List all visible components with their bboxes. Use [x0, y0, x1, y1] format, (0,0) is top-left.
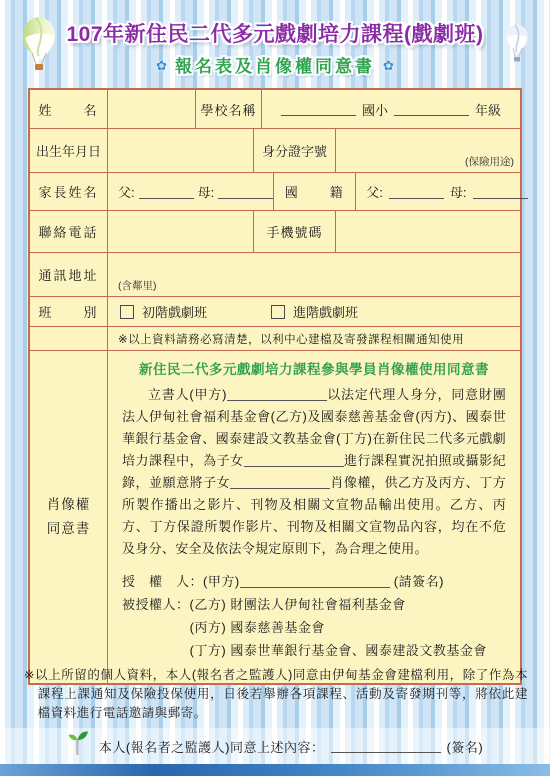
father-nationality-blank[interactable] [389, 185, 444, 199]
father-prefix: 父: [118, 182, 135, 201]
authorized-party-b-line: 被授權人：(乙方) 財團法人伊甸社會福利基金會 [122, 593, 506, 616]
mother-prefix: 母: [450, 182, 467, 201]
guardian-signature-blank[interactable] [331, 739, 441, 753]
id-number-label: 身分證字號 [253, 129, 335, 172]
address-note: (含鄰里) [118, 278, 157, 293]
fill-clearly-note: ※以上資料請務必寫清楚，以利中心建檔及寄發課程相關通知使用 [107, 327, 520, 350]
school-suffix: 國小 [362, 100, 388, 119]
phone-label: 聯絡電話 [30, 211, 107, 252]
row-birth-id: 出生年月日 身分證字號 (保險用途) [30, 128, 520, 172]
row-parent-nationality: 家長姓名 父: 母: 國 籍 父: 母: [30, 172, 520, 210]
flower-icon: ✿ [375, 58, 402, 73]
mother-nationality-blank[interactable] [473, 185, 528, 199]
phone-input-cell[interactable] [107, 211, 253, 252]
consent-title: 新住民二代多元戲劇培力課程參與學員肖像權使用同意書 [122, 360, 506, 380]
authorized-label: 被授權人： [122, 597, 190, 612]
parent-name-cell: 父: 母: [107, 173, 273, 210]
nationality-label: 國 籍 [273, 173, 355, 210]
authorized-party-d-line: (丁方) 國泰世華銀行基金會、國泰建設文教基金會 [122, 639, 506, 662]
row-note: ※以上資料請務必寫清楚，以利中心建檔及寄發課程相關通知使用 [30, 326, 520, 350]
mobile-label: 手機號碼 [253, 211, 335, 252]
birthdate-label: 出生年月日 [30, 129, 107, 172]
insurance-note: (保險用途) [465, 154, 514, 169]
consent-signature-block: 授 權 人：(甲方) (請簽名) 被授權人：(乙方) 財團法人伊甸社會福利基金會… [122, 570, 506, 662]
agreement-text: 本人(報名者之監護人)同意上述內容： [99, 737, 325, 756]
school-name-label: 學校名稱 [195, 90, 261, 128]
class-type-cell: 初階戲劇班 進階戲劇班 [107, 297, 520, 326]
authorizer-line: 授 權 人：(甲方) (請簽名) [122, 570, 506, 593]
advanced-class-label: 進階戲劇班 [293, 302, 358, 321]
grade-blank[interactable] [394, 102, 469, 116]
address-input-cell[interactable]: (含鄰里) [107, 253, 520, 296]
consent-row-label-line1: 肖像權 [47, 493, 91, 517]
consent-text-seg1: 立書人(甲方) [148, 387, 227, 402]
grade-suffix: 年級 [475, 100, 501, 119]
class-type-label: 班 別 [30, 297, 107, 326]
beginner-class-checkbox[interactable] [120, 305, 134, 319]
registration-form-table: 姓 名 學校名稱 國小 年級 出生年月日 身分證字號 (保險用途) 家長姓名 父… [28, 88, 522, 685]
row-name-school: 姓 名 學校名稱 國小 年級 [30, 90, 520, 128]
hot-air-balloon-icon [18, 16, 62, 81]
row-class-type: 班 別 初階戲劇班 進階戲劇班 [30, 296, 520, 326]
child-name-blank-1[interactable] [244, 453, 344, 467]
signature-suffix: (簽名) [447, 737, 484, 756]
party-b: (乙方) 財團法人伊甸社會福利基金會 [190, 597, 406, 612]
empty-label-cell [30, 327, 107, 350]
page-subtitle-row: ✿報名表及肖像權同意書✿ [0, 54, 550, 80]
father-prefix: 父: [366, 182, 383, 201]
authorizer-label: 授 權 人：(甲方) [122, 574, 240, 589]
hot-air-balloon-icon [502, 24, 532, 73]
birthdate-input-cell[interactable] [107, 129, 253, 172]
consent-row-label: 肖像權 同意書 [30, 351, 107, 683]
authorizer-signature-blank[interactable] [240, 574, 390, 588]
privacy-note: ※以上所留的個人資料，本人(報名者之監護人)同意由伊甸基金會建檔利用，除了作為本… [24, 666, 528, 723]
bottom-gradient-bar [0, 764, 550, 776]
address-label: 通訊地址 [30, 253, 107, 296]
page-header: 107年新住民二代多元戲劇培力課程(戲劇班) ✿報名表及肖像權同意書✿ [0, 0, 550, 80]
name-input-cell[interactable] [107, 90, 195, 128]
consent-row-label-line2: 同意書 [47, 517, 91, 541]
flower-icon: ✿ [148, 58, 175, 73]
mother-name-blank[interactable] [218, 185, 273, 199]
authorized-party-c-line: (丙方) 國泰慈善基金會 [122, 616, 506, 639]
child-name-blank-2[interactable] [230, 475, 330, 489]
principal-name-blank[interactable] [227, 387, 327, 401]
school-name-blank[interactable] [281, 102, 356, 116]
parent-name-label: 家長姓名 [30, 173, 107, 210]
father-name-blank[interactable] [139, 185, 194, 199]
row-address: 通訊地址 (含鄰里) [30, 252, 520, 296]
consent-content-cell: 新住民二代多元戲劇培力課程參與學員肖像權使用同意書 立書人(甲方)以法定代理人身… [107, 351, 520, 683]
sprout-icon [67, 728, 89, 759]
name-label: 姓 名 [30, 90, 107, 128]
school-input-cell: 國小 年級 [261, 90, 520, 128]
advanced-class-checkbox[interactable] [271, 305, 285, 319]
row-consent: 肖像權 同意書 新住民二代多元戲劇培力課程參與學員肖像權使用同意書 立書人(甲方… [30, 350, 520, 683]
beginner-class-label: 初階戲劇班 [142, 302, 207, 321]
row-phone-mobile: 聯絡電話 手機號碼 [30, 210, 520, 252]
page-subtitle: 報名表及肖像權同意書 [175, 57, 375, 76]
nationality-cell: 父: 母: [355, 173, 527, 210]
page-title: 107年新住民二代多元戲劇培力課程(戲劇班) [20, 20, 529, 50]
mother-prefix: 母: [198, 182, 215, 201]
consent-paragraph: 立書人(甲方)以法定代理人身分，同意財團法人伊甸社會福利基金會(乙方)及國泰慈善… [122, 384, 506, 560]
please-sign-note: (請簽名) [394, 574, 444, 589]
mobile-input-cell[interactable] [335, 211, 520, 252]
agreement-strip: 本人(報名者之監護人)同意上述內容： (簽名) [0, 728, 550, 764]
id-number-input-cell[interactable]: (保險用途) [335, 129, 520, 172]
